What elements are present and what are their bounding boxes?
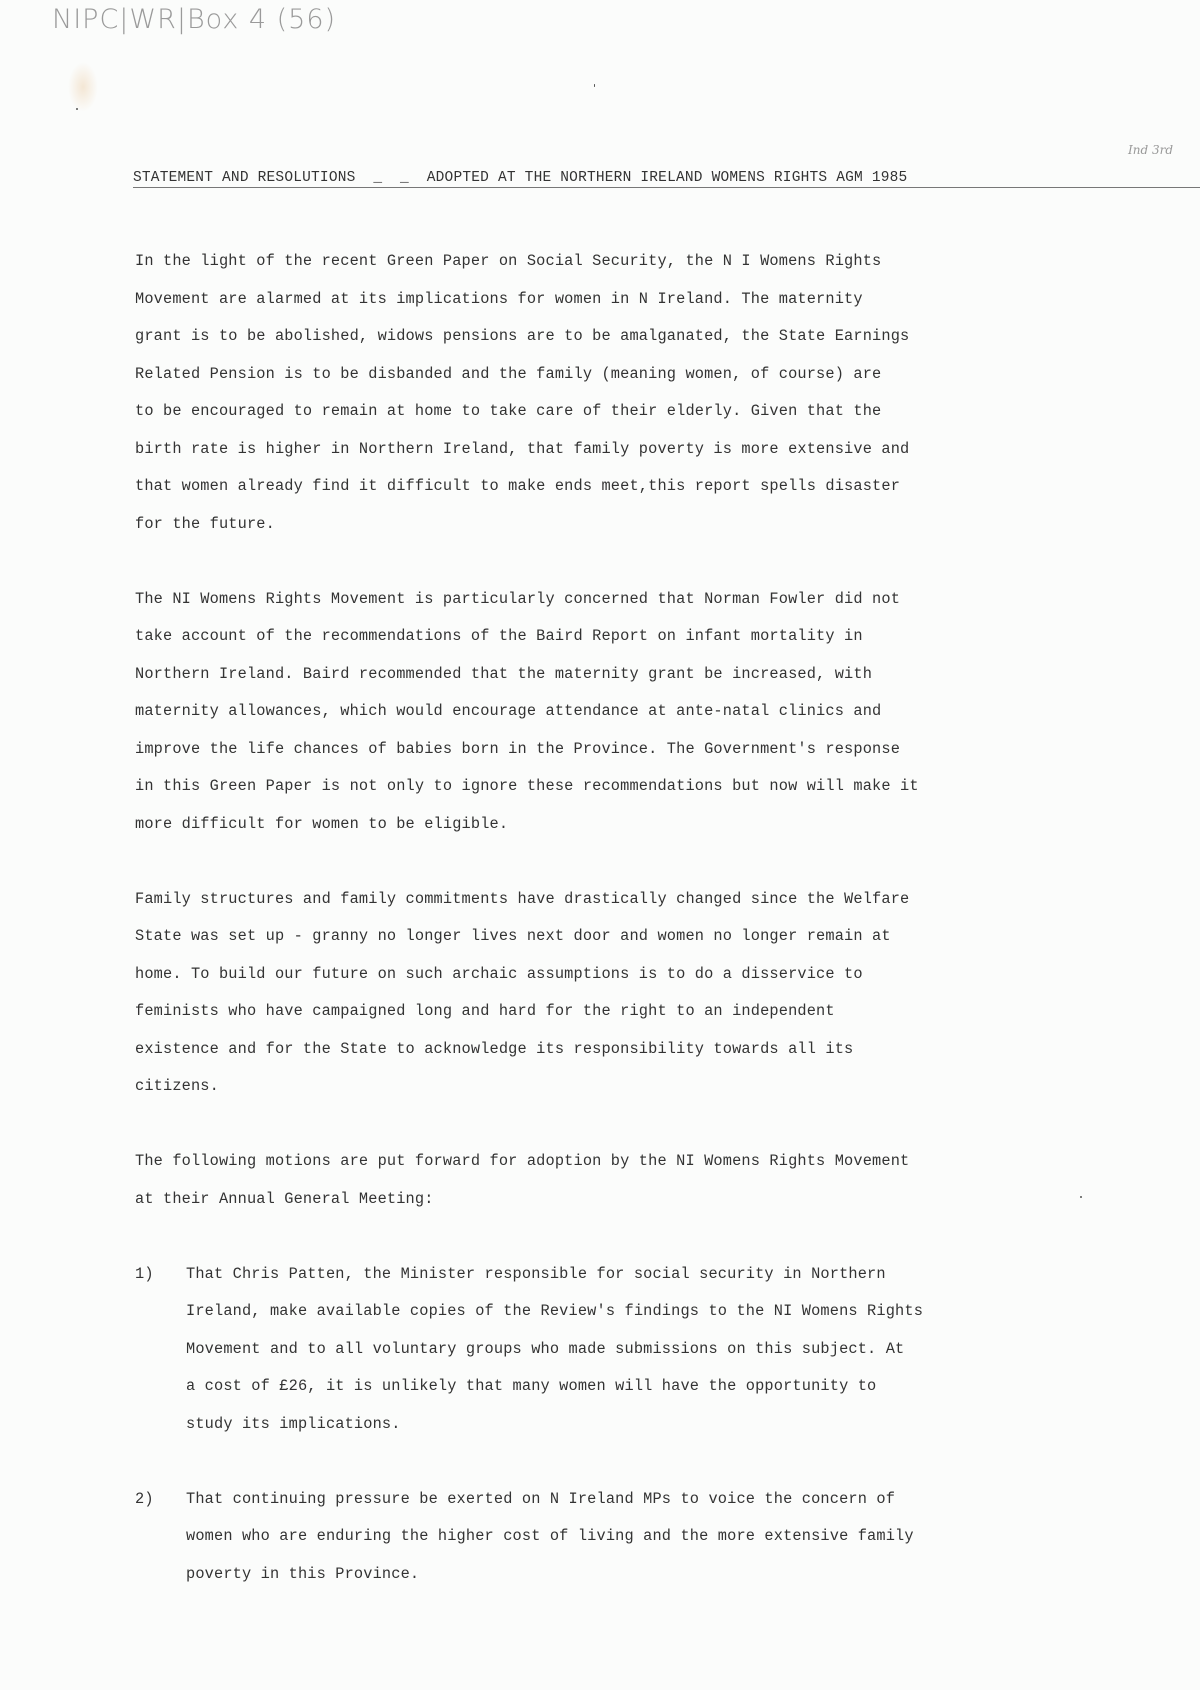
motion-item: 1) That Chris Patten, the Minister respo… bbox=[135, 1256, 1195, 1444]
paper-stain bbox=[68, 62, 98, 112]
handwritten-note: Ind 3rd bbox=[1128, 143, 1173, 157]
motion-number: 2) bbox=[135, 1481, 186, 1594]
paragraph-motions-intro: The following motions are put forward fo… bbox=[135, 1143, 1195, 1218]
paper-speck bbox=[76, 108, 78, 110]
paper-speck bbox=[594, 84, 595, 87]
motion-text: That Chris Patten, the Minister responsi… bbox=[186, 1256, 923, 1444]
motion-item: 2) That continuing pressure be exerted o… bbox=[135, 1481, 1195, 1594]
paragraph-green-paper: In the light of the recent Green Paper o… bbox=[135, 243, 1195, 543]
paragraph-family-structures: Family structures and family commitments… bbox=[135, 881, 1195, 1106]
document-body: In the light of the recent Green Paper o… bbox=[135, 243, 1195, 1631]
archive-reference: NIPC|WR|Box 4 (56) bbox=[52, 4, 336, 35]
document-heading: STATEMENT AND RESOLUTIONS _ _ ADOPTED AT… bbox=[133, 170, 1200, 188]
motion-number: 1) bbox=[135, 1256, 186, 1444]
motion-text: That continuing pressure be exerted on N… bbox=[186, 1481, 914, 1594]
paragraph-baird-report: The NI Womens Rights Movement is particu… bbox=[135, 581, 1195, 844]
